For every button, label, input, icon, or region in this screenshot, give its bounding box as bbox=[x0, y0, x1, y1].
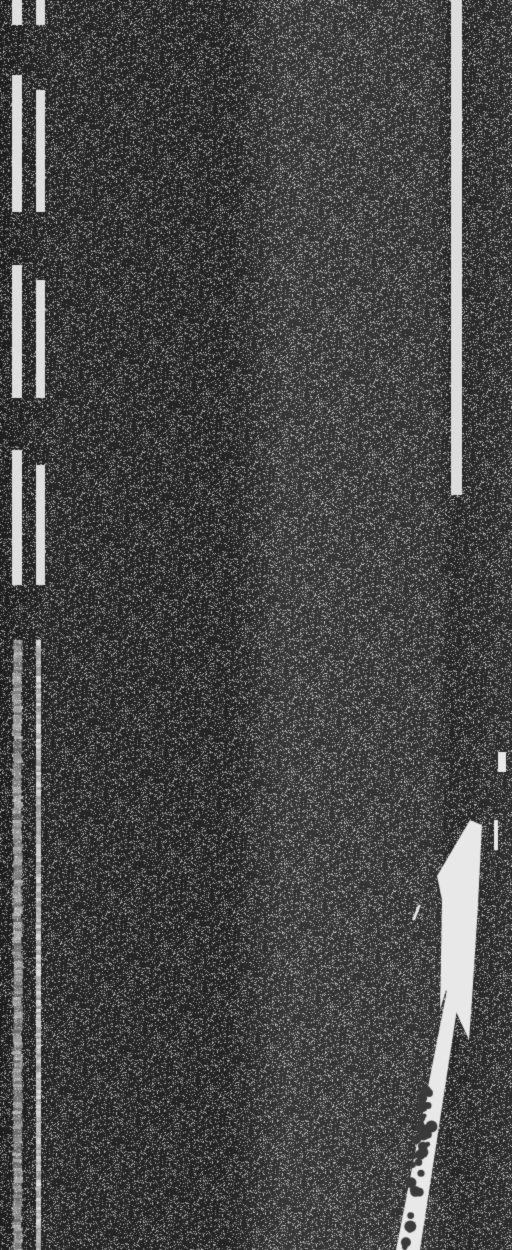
road-surface bbox=[0, 0, 512, 1250]
road-image bbox=[0, 0, 512, 1250]
